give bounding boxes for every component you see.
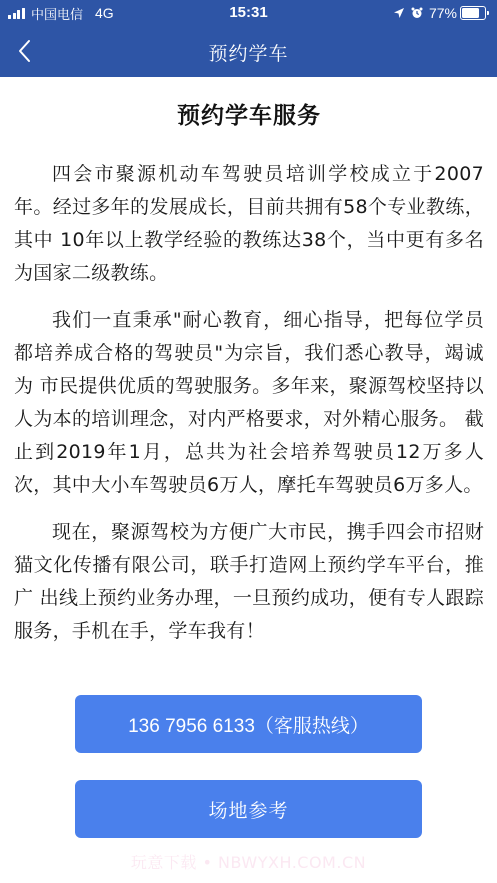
venue-reference-button[interactable]: 场地参考 (75, 780, 422, 838)
status-bar: 中国电信 4G 15:31 77% (0, 0, 497, 26)
nav-bar: 预约学车 (0, 26, 497, 77)
status-bar-right: 77% (393, 4, 489, 21)
battery-tip (487, 11, 489, 15)
paragraph-mission: 我们一直秉承"耐心教育，细心指导，把每位学员都培养成合格的驾驶员"为宗旨，我们悉… (14, 304, 484, 502)
paragraph-platform: 现在，聚源驾校为方便广大市民，携手四会市招财猫文化传播有限公司，联手打造网上预约… (14, 516, 484, 648)
page-title: 预约学车服务 (14, 96, 484, 136)
watermark: 玩意下载 • NBWYXH.COM.CN (0, 850, 497, 873)
battery-percent: 77% (429, 5, 457, 21)
nav-title: 预约学车 (0, 39, 497, 66)
battery-icon (460, 6, 486, 20)
alarm-icon (411, 7, 423, 19)
top-bar: 中国电信 4G 15:31 77% 预约学车 (0, 0, 497, 77)
article-content: 预约学车服务 四会市聚源机动车驾驶员培训学校成立于2007年。经过多年的发展成长… (14, 96, 484, 662)
location-icon (393, 7, 405, 19)
paragraph-intro: 四会市聚源机动车驾驶员培训学校成立于2007年。经过多年的发展成长，目前共拥有5… (14, 158, 484, 290)
hotline-button[interactable]: 136 7956 6133（客服热线） (75, 695, 422, 753)
